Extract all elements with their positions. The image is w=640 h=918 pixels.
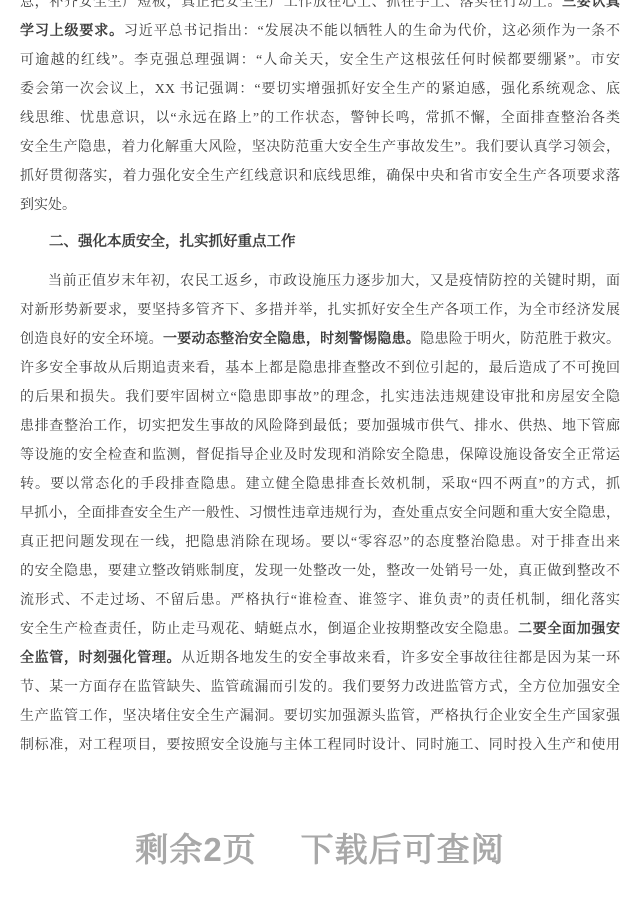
text-line: 创造良好的安全环境。一要动态整治安全隐患，时刻警惕隐患。隐患险于明火，防范胜于救… (20, 325, 620, 354)
text-line: 全监管，时刻强化管理。从近期各地发生的安全事故来看，许多安全事故往往都是因为某一… (20, 644, 620, 673)
text-line: 委会第一次会议上，XX 书记强调：“要切实增强抓好安全生产的紧迫感，强化系统观念… (20, 75, 620, 104)
document-body: 息，补齐安全生产短板，真正把安全生产工作放在心上、抓在手上、落实在行动上。三要认… (20, 0, 620, 760)
pages-remaining-label: 剩余2页 (135, 831, 256, 868)
text-line: 息，补齐安全生产短板，真正把安全生产工作放在心上、抓在手上、落实在行动上。三要认… (20, 0, 620, 17)
text-line: 真正把问题发现在一线，把隐患消除在现场。要以“零容忍”的态度整治隐患。对于排查出… (20, 528, 620, 557)
text-line: 当前正值岁末年初，农民工返乡，市政设施压力逐步加大，又是疫情防控的关键时期，面 (20, 267, 620, 296)
section-heading: 二、强化本质安全，扎实抓好重点工作 (20, 228, 620, 257)
text-line: 节、某一方面存在监管缺失、监管疏漏而引发的。我们要努力改进监管方式，全方位加强安… (20, 673, 620, 702)
text-line: 制标准，对工程项目，要按照安全设施与主体工程同时设计、同时施工、同时投入生产和使… (20, 731, 620, 760)
text-line: 患排查整治工作，切实把发生事故的风险降到最低；要加强城市供气、排水、供热、地下管… (20, 412, 620, 441)
text-line: 对新形势新要求，要坚持多管齐下、多措并举，扎实抓好安全生产各项工作，为全市经济发… (20, 296, 620, 325)
text-line: 到实处。 (20, 191, 620, 220)
text-line: 转。要以常态化的手段排查隐患。建立健全隐患排查长效机制，采取“四不两直”的方式，… (20, 470, 620, 499)
download-hint-label: 下载后可查阅 (301, 831, 505, 868)
text-line: 抓好贯彻落实，着力强化安全生产红线意识和底线思维，确保中央和省市安全生产各项要求… (20, 162, 620, 191)
text-line: 生产监管工作，坚决堵住安全生产漏洞。要切实加强源头监管，严格执行企业安全生产国家… (20, 702, 620, 731)
pages-remaining-banner[interactable]: 剩余2页下载后可查阅 (0, 830, 640, 870)
document-preview-page: { "colors": { "background": "#ffffff", "… (0, 0, 640, 918)
text-line: 线思维、忧患意识，以“永远在路上”的工作状态，警钟长鸣，常抓不懈，全面排查整治各… (20, 104, 620, 133)
text-line: 安全生产检查责任，防止走马观花、蜻蜓点水，倒逼企业按期整改安全隐患。二要全面加强… (20, 615, 620, 644)
text-line: 早抓小，全面排查安全生产一般性、习惯性违章违规行为，查处重点安全问题和重大安全隐… (20, 499, 620, 528)
text-line: 等设施的安全检查和监测，督促指导企业及时发现和消除安全隐患，保障设施设备安全正常… (20, 441, 620, 470)
text-line: 学习上级要求。习近平总书记指出：“发展决不能以牺牲人的生命为代价，这必须作为一条… (20, 17, 620, 46)
text-line: 安全生产隐患，着力化解重大风险，坚决防范重大安全生产事故发生”。我们要认真学习领… (20, 133, 620, 162)
text-line: 许多安全事故从后期追责来看，基本上都是隐患排查整改不到位引起的，最后造成了不可挽… (20, 354, 620, 383)
text-line: 可逾越的红线”。李克强总理强调：“人命关天，安全生产这根弦任何时候都要绷紧”。市… (20, 46, 620, 75)
text-line: 的安全隐患，要建立整改销账制度，发现一处整改一处，整改一处销号一处，真正做到整改… (20, 557, 620, 586)
text-line: 的后果和损失。我们要牢固树立“隐患即事故”的理念，扎实违法违规建设审批和房屋安全… (20, 383, 620, 412)
text-line: 流形式、不走过场、不留后患。严格执行“谁检查、谁签字、谁负责”的责任机制，细化落… (20, 586, 620, 615)
